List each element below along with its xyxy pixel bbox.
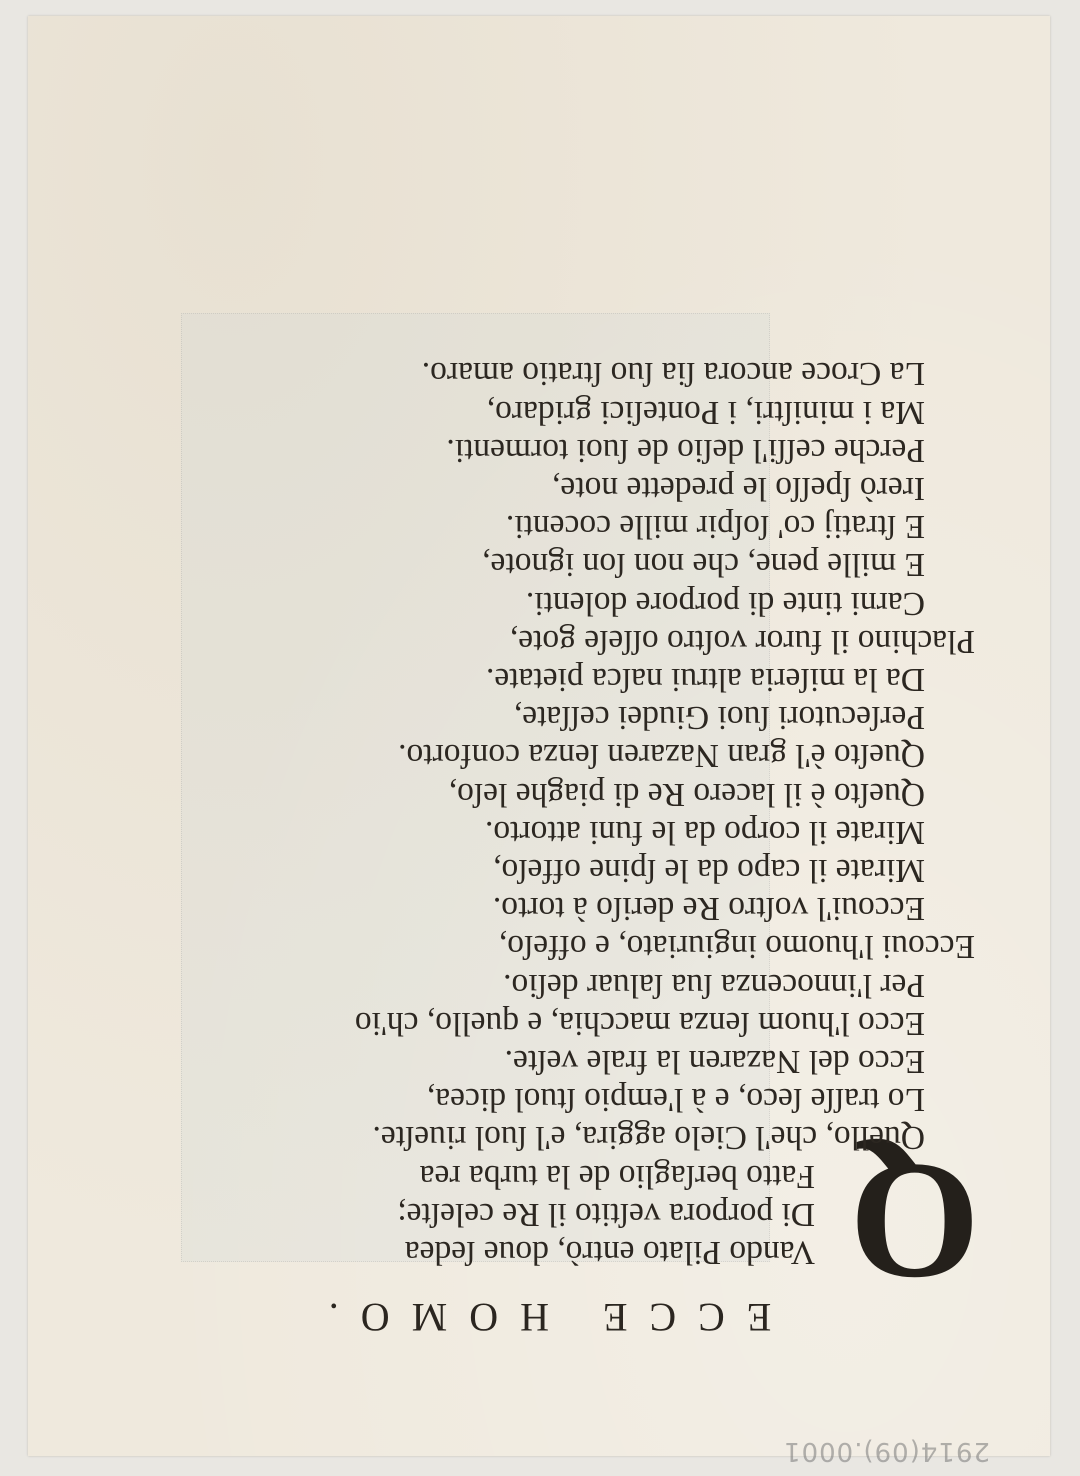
verse-line: Lo traſſe ſeco, e à l'empio ſtuol dicea, [427, 1081, 925, 1117]
rotated-page-stage: ECCE HOMO. Q Vando Pilato entrò, doue ſe… [0, 0, 1080, 1476]
verse-line: Perſecutori ſuoi Giudei ceſſate, [514, 699, 925, 735]
verse-line: Mirate il corpo da le funi attorto. [485, 814, 925, 850]
verse-line: Plachino il furor voſtro oſſeſe gote, [510, 623, 975, 659]
verse-line: Da la miſeria altrui naſca pietate. [486, 661, 925, 697]
verse-line: Ecco del Nazaren la frale veſte. [505, 1043, 925, 1079]
drop-cap-initial: Q [849, 1138, 980, 1306]
verse-line: La Croce ancora ſia ſuo ſtratio amaro. [422, 355, 925, 391]
verse-line: Irerò ſpeſſo le predette note, [552, 470, 925, 506]
pencil-inventory-note: 2914(09).0001 [783, 1436, 990, 1466]
paper-leaf: ECCE HOMO. Q Vando Pilato entrò, doue ſe… [28, 16, 1050, 1456]
verse-line: Per l'innocenza ſua ſaluar deſio. [503, 967, 925, 1003]
verse-line: E ſtratij co' ſoſpir mille cocenti. [506, 508, 925, 544]
verse-line: Di porpora veſtito il Re celeſte; [397, 1196, 815, 1232]
verse-line: Quello, che'l Cielo aggira, e'l ſuol riu… [372, 1119, 925, 1155]
verse-line: Fatto berſaglio de la turba rea [420, 1158, 815, 1194]
verse-line: Perche ceſſi'l deſio de ſuoi tormenti. [446, 432, 925, 468]
verse-line: Ecco l'huom ſenza macchia, e quello, ch'… [355, 1005, 925, 1041]
verse-line: Ma i miniſtri, i Ponteſici gridaro, [487, 394, 925, 430]
verse-line: E mille pene, che non ſon ignote, [482, 546, 925, 582]
verse-line: Mirate il capo da le ſpine offeſo, [493, 852, 925, 888]
verse-line: Queſto è'l gran Nazaren ſenza conforto. [398, 737, 925, 773]
verse-line: Eccoui l'huomo ingiuriato, e offeſo, [499, 928, 975, 964]
verse-line: Queſto è il lacero Re di piaghe leſo, [449, 776, 925, 812]
verse-line: Carni tinte di porpore dolenti. [526, 585, 925, 621]
verse-line: Eccoui'l voſtro Re deriſo à torto. [493, 890, 925, 926]
verse-line: Vando Pilato entrò, doue ſedea [405, 1234, 815, 1270]
